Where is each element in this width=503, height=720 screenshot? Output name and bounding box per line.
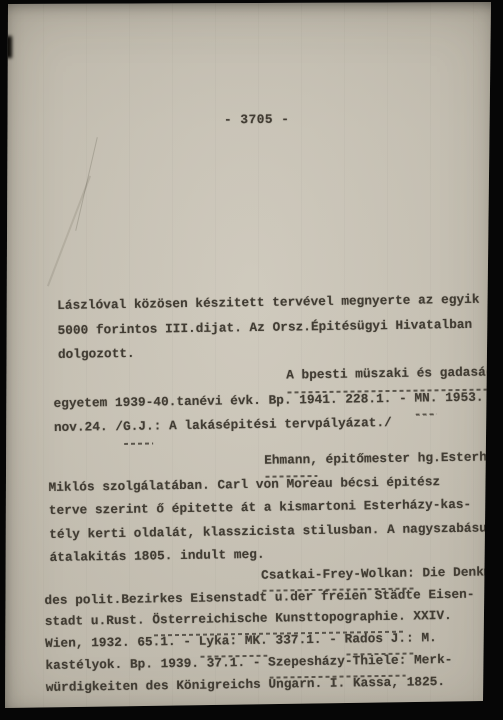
underlined-text: Lyka: MK. xyxy=(199,630,268,653)
document-page: - 3705 - Lászlóval közösen készitett ter… xyxy=(0,0,503,720)
text-segment: Lászlóval közösen készitett tervével meg… xyxy=(57,292,480,313)
underlined-text: Rados J.: xyxy=(344,628,413,651)
text-segment: épitőmester hg.Esterházy xyxy=(318,449,503,467)
text-segment: 5000 forintos III.dijat. Az Orsz.Épitésü… xyxy=(57,316,472,337)
text-segment: des polit.Bezirkes Eisenstadt u.der frei… xyxy=(44,586,474,607)
text-segment: Miklós szolgálatában. Carl von Moreau bé… xyxy=(48,474,440,495)
text-segment: stadt u.Rust. xyxy=(45,613,153,630)
text-segment: würdigkeiten des Königreichs Ungarn. I. … xyxy=(46,674,446,695)
text-segment: nov.24. / xyxy=(54,419,123,435)
underlined-text: Ehmann, xyxy=(264,448,318,472)
text-segment: tély kerti oldalát, klasszicista stilusb… xyxy=(49,520,487,541)
text-segment: M. xyxy=(414,630,437,645)
text-segment: 1953. xyxy=(437,389,483,405)
text-segment: dolgozott. xyxy=(58,346,135,362)
paragraph: A bpesti müszaki és gadaságtud.egyetem 1… xyxy=(53,360,503,440)
paragraph: Csatkai-Frey-Wolkan: Die Denkmaledes pol… xyxy=(44,561,503,698)
underlined-text: G.J. xyxy=(123,415,154,440)
paragraph: Ehmann, épitőmester hg.EsterházyMiklós s… xyxy=(48,445,503,569)
paragraph: Lászlóval közösen készitett tervével meg… xyxy=(57,287,503,367)
underlined-text: A bpesti müszaki és gadaságtud. xyxy=(286,360,503,388)
typewritten-text: Lászlóval közösen készitett tervével meg… xyxy=(0,0,503,720)
scan-background: - 3705 - Lászlóval közösen készitett ter… xyxy=(0,0,503,720)
underlined-text: Csatkai-Frey-Wolkan: xyxy=(261,563,415,587)
text-segment: Wien, 1932. 65.1. - xyxy=(45,634,199,651)
text-segment: XXIV. xyxy=(406,608,452,624)
text-segment: Merk- xyxy=(406,652,452,668)
text-segment: egyetem 1939-40.tanévi évk. Bp. 1941. 22… xyxy=(53,390,414,410)
text-segment: átalakitás 1805. indult meg. xyxy=(49,547,264,565)
text-segment: kastélyok. Bp. 1939. 37.1. - xyxy=(45,654,268,672)
underlined-text: MN. xyxy=(414,386,437,411)
text-segment: terve szerint ő épitette át a kismartoni… xyxy=(49,497,472,518)
text-segment: Die Denkmale xyxy=(415,564,503,580)
underlined-text: Szepesházy-Thiele: xyxy=(268,649,407,673)
text-segment: : A lakásépitési tervpályázat./ xyxy=(154,415,392,434)
